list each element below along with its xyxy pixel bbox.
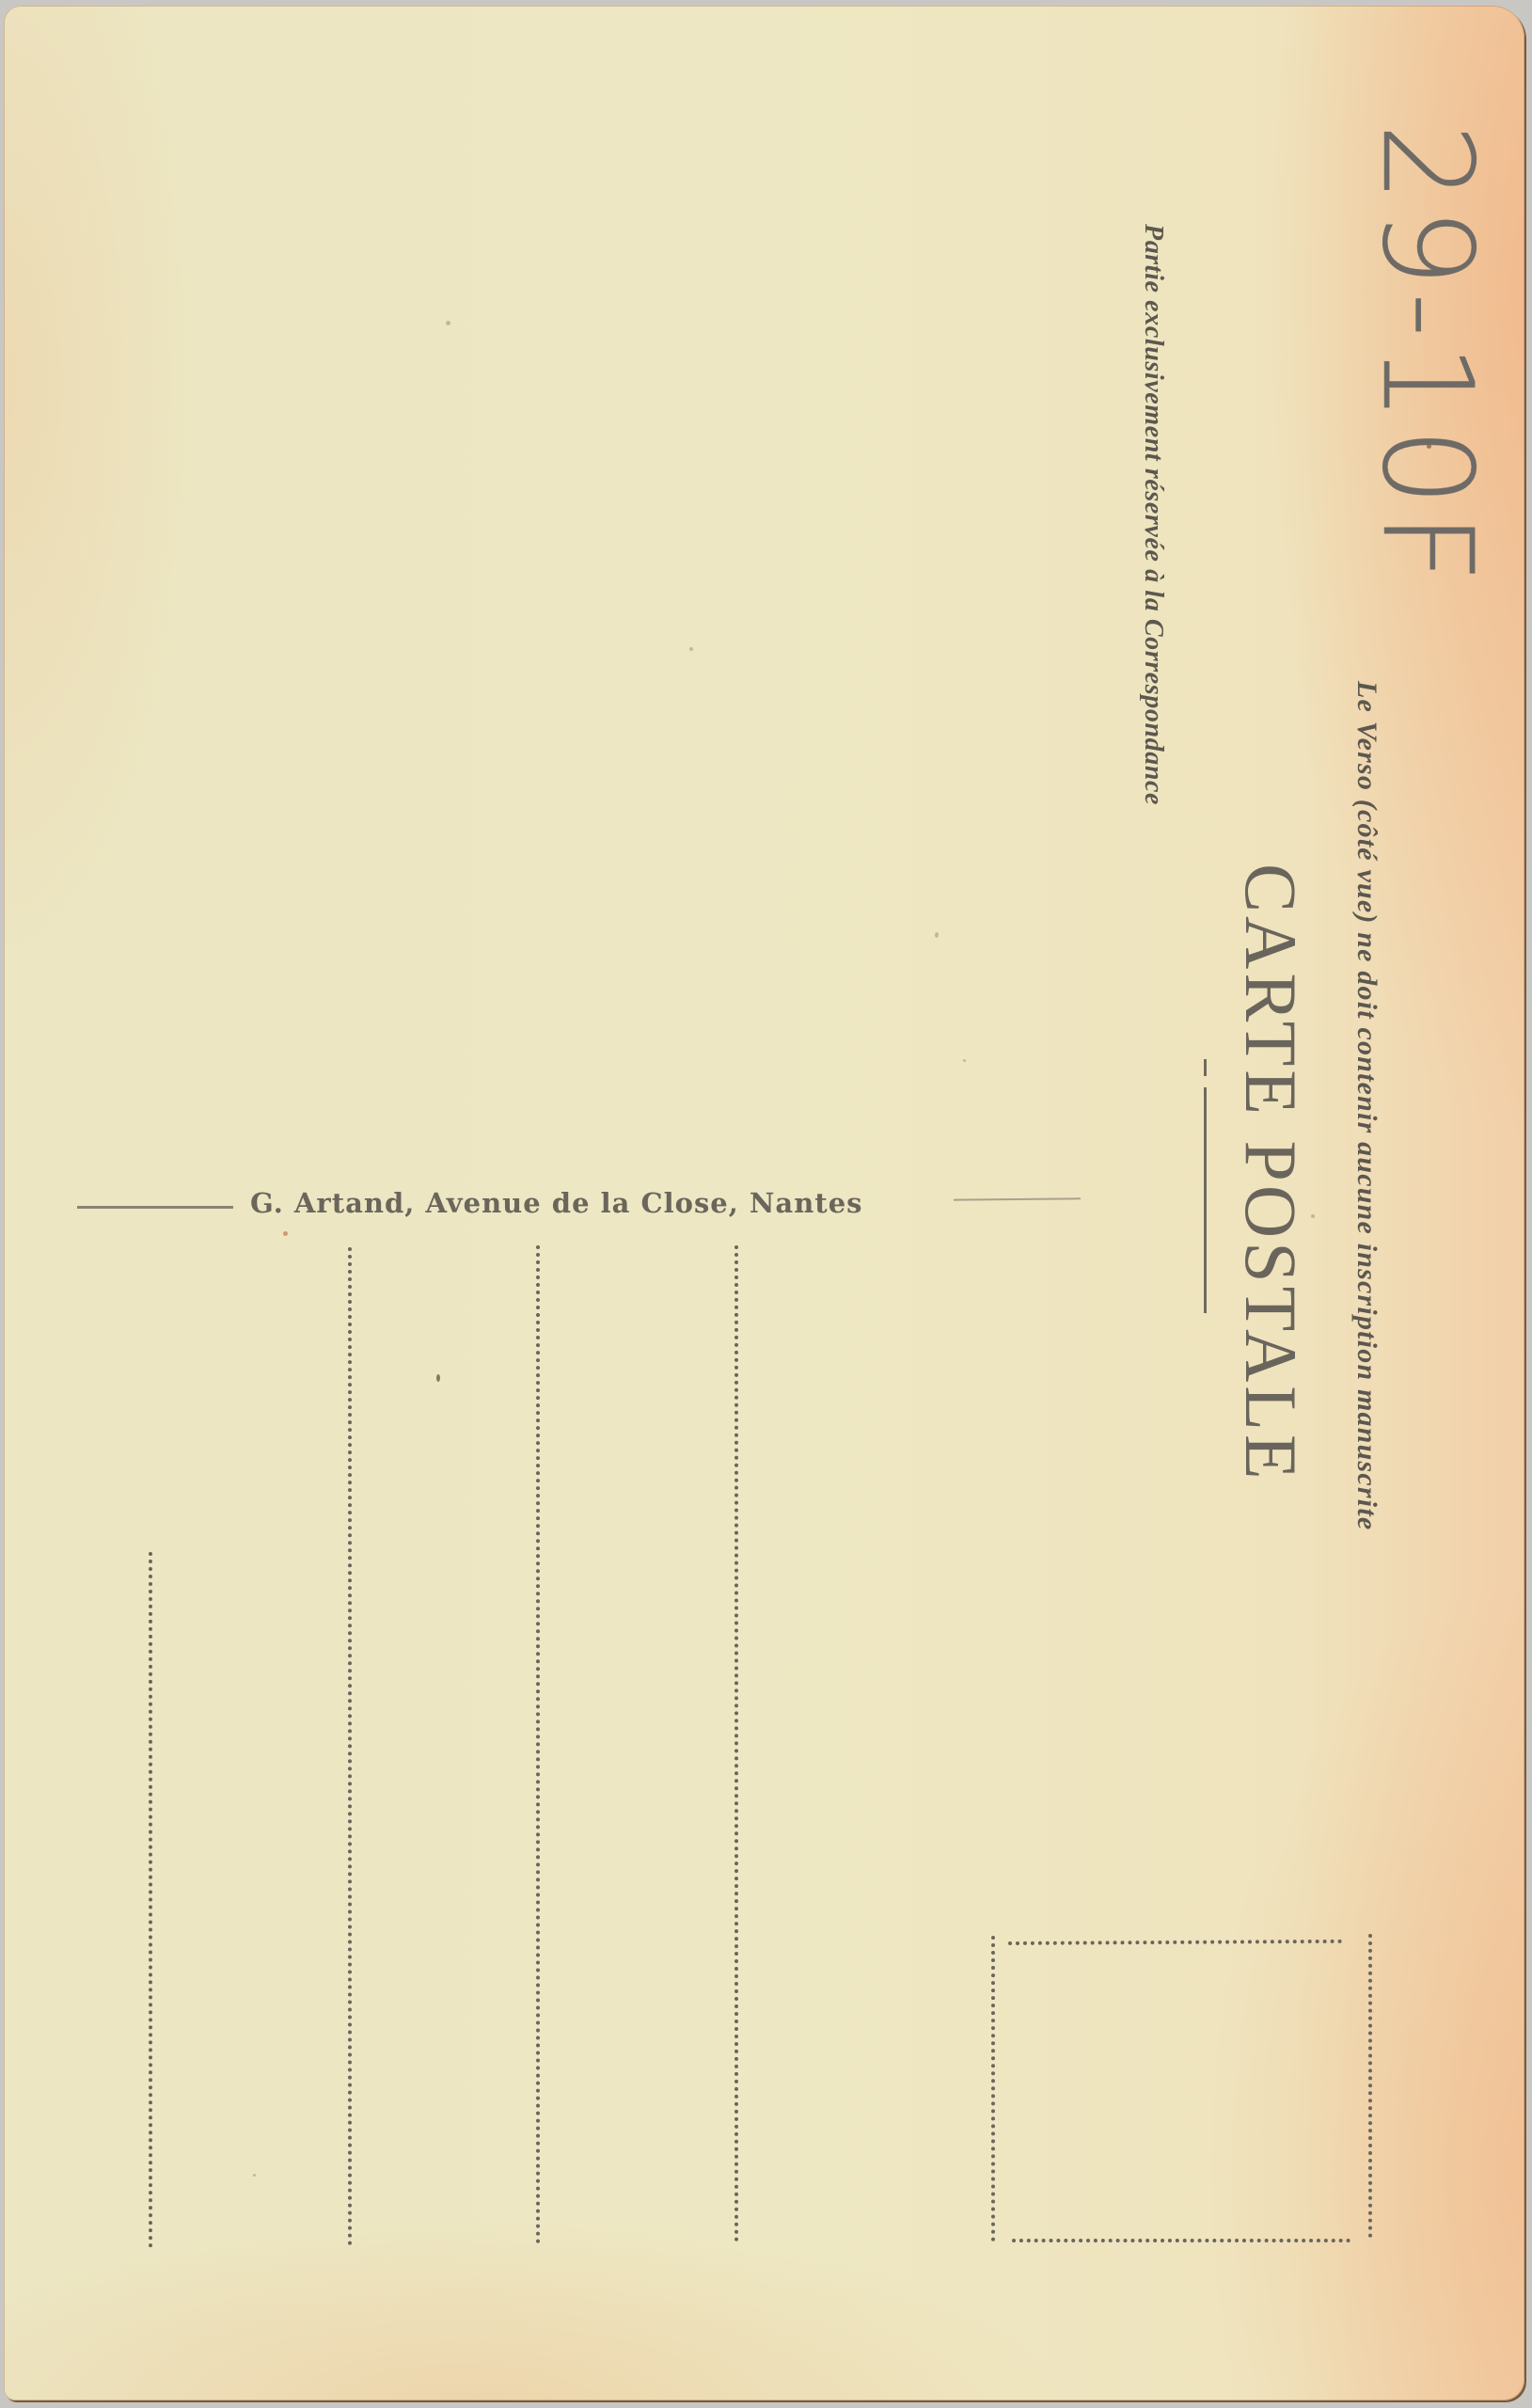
stamp-box-top [1008,1940,1342,1945]
stamp-box-left [991,1936,995,2242]
stamp-box-bottom [1012,2239,1350,2242]
publisher-imprint: G. Artand, Avenue de la Close, Nantes [250,1187,862,1219]
postcard-back: 29-10F Partie exclusivement réservée à l… [4,6,1524,2400]
paper-speck [283,1231,288,1236]
paper-speck [436,1374,440,1382]
address-line-3 [536,1245,540,2244]
title-rule [1204,1087,1207,1313]
title-rule-tick [1204,1059,1207,1076]
correspondence-note: Partie exclusivement réservée à la Corre… [1138,224,1168,805]
paper-speck [253,2174,256,2177]
stamp-box-right [1368,1934,1372,2238]
address-line-1 [149,1552,152,2248]
handwritten-note: 29-10F [1354,123,1499,590]
paper-speck [446,321,450,325]
verso-note: Le Verso (côté vue) ne doit contenir auc… [1350,681,1382,1530]
address-line-2 [348,1247,352,2246]
publisher-rule-right [954,1197,1081,1200]
postcard-title: CARTE POSTALE [1228,863,1313,1483]
paper-speck [963,1059,966,1062]
paper-speck [935,932,939,938]
publisher-rule-left [77,1206,233,1209]
paper-speck [689,647,693,651]
address-line-4 [734,1245,738,2242]
